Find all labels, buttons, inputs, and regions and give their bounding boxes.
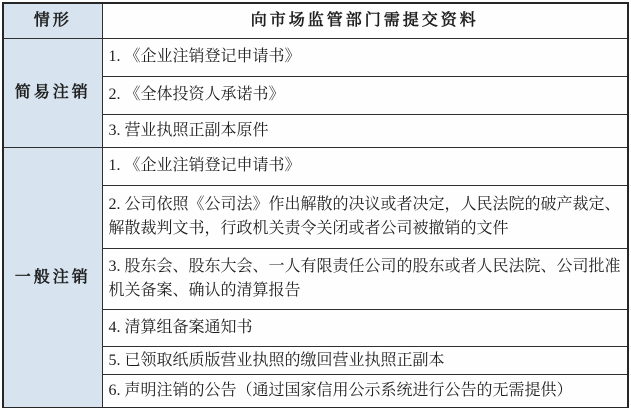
material-item: 6. 声明注销的公告（通过国家信用公示系统进行公告的无需提供） (102, 374, 628, 408)
header-situation: 情形 (3, 3, 102, 38)
material-item: 2. 《全体投资人承诺书》 (102, 76, 628, 114)
material-item: 3. 股东会、股东大会、一人有限责任公司的股东或者人民法院、公司批准机关备案、确… (102, 248, 628, 309)
header-materials: 向市场监管部门需提交资料 (102, 3, 628, 38)
deregistration-requirements-table: 情形 向市场监管部门需提交资料 简易注销 1. 《企业注销登记申请书》 2. 《… (2, 2, 629, 408)
table-header-row: 情形 向市场监管部门需提交资料 (3, 3, 628, 38)
table-row: 一般注销 1. 《企业注销登记申请书》 (3, 147, 628, 185)
material-item: 2. 公司依照《公司法》作出解散的决议或者决定，人民法院的破产裁定、解散裁判文书… (102, 185, 628, 248)
material-item: 5. 已领取纸质版营业执照的缴回营业执照正副本 (102, 346, 628, 374)
material-item: 3. 营业执照正副本原件 (102, 114, 628, 147)
material-item: 4. 清算组备案通知书 (102, 309, 628, 346)
group-label-simple-deregistration: 简易注销 (3, 38, 102, 147)
material-item: 1. 《企业注销登记申请书》 (102, 38, 628, 76)
deregistration-table-page: 情形 向市场监管部门需提交资料 简易注销 1. 《企业注销登记申请书》 2. 《… (0, 0, 631, 408)
group-label-general-deregistration: 一般注销 (3, 147, 102, 408)
material-item: 1. 《企业注销登记申请书》 (102, 147, 628, 185)
table-row: 简易注销 1. 《企业注销登记申请书》 (3, 38, 628, 76)
